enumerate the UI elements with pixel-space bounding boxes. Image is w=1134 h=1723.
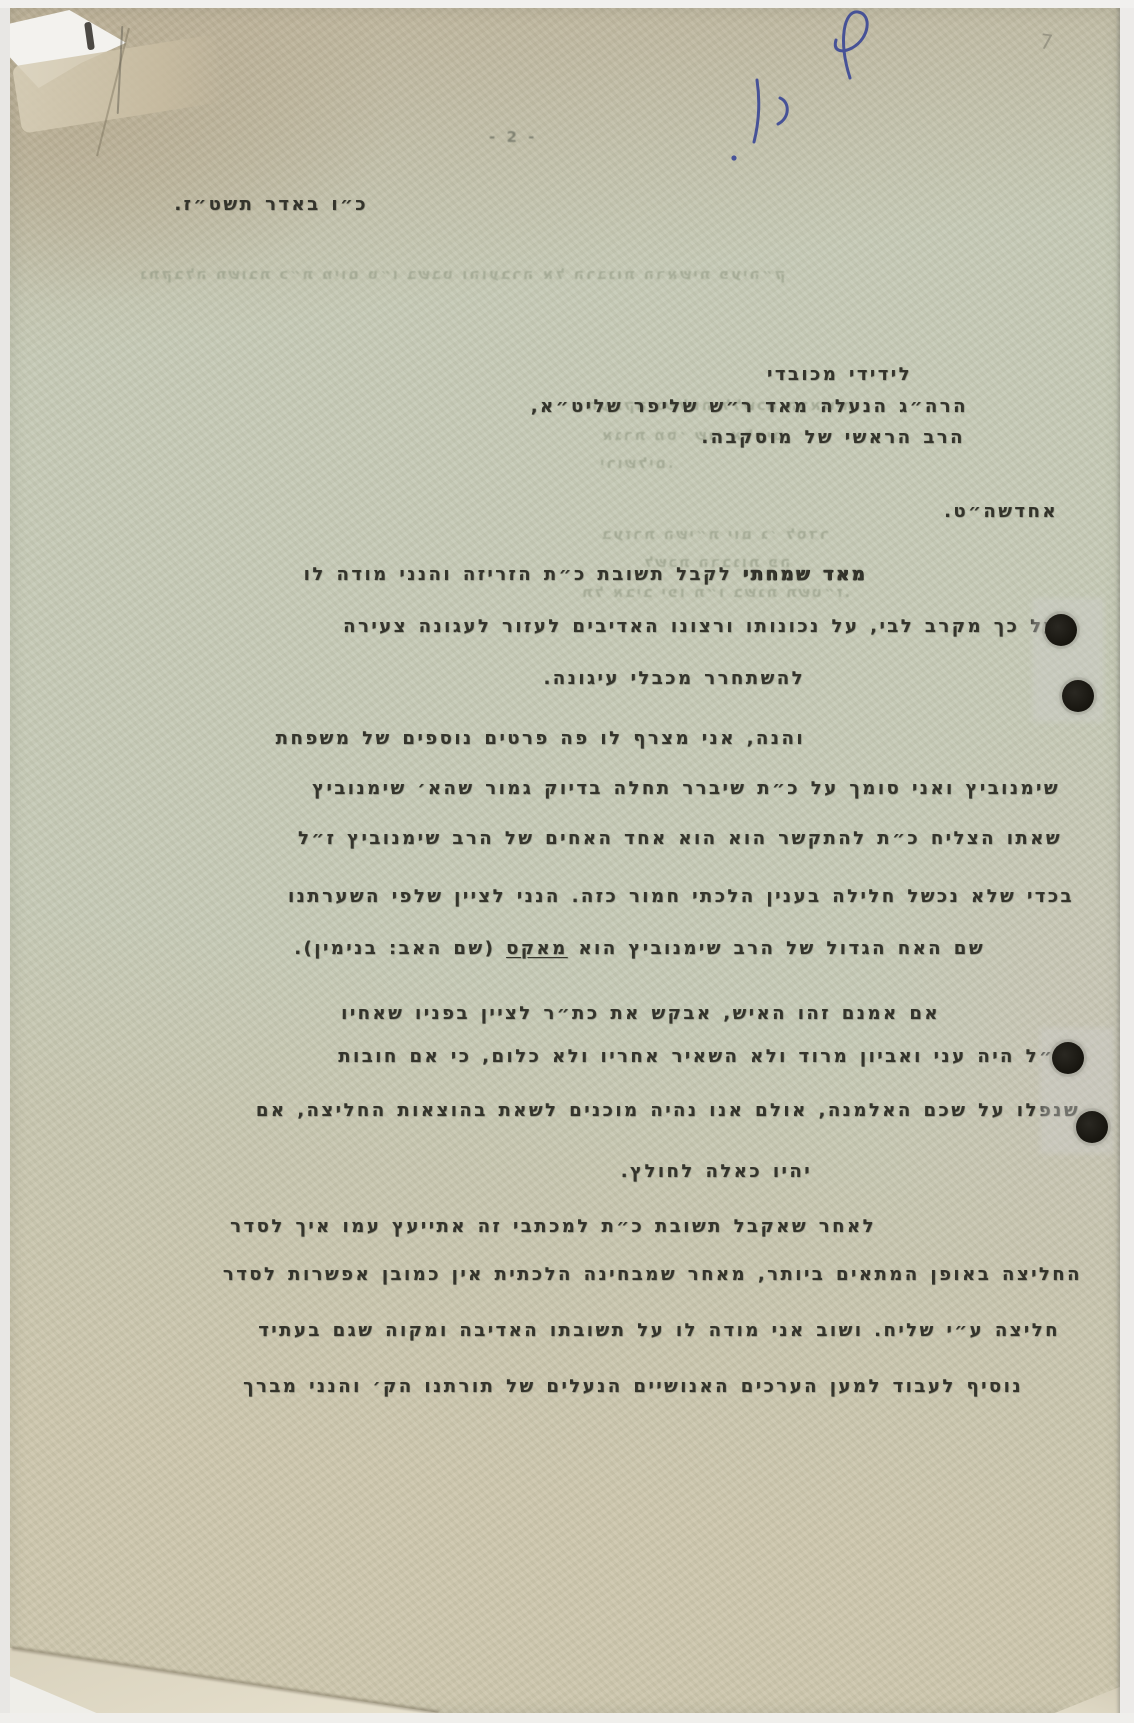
body-line: שימנוביץ ואני סומך על כ״ת שיברר תחלה בדי… [312, 780, 1060, 798]
bleedthrough-text: בעזרת השי״ת יום ג׳ לסדר [600, 527, 829, 542]
body-line: והנה, אני מצרף לו פה פרטים נוספים של משפ… [276, 730, 805, 748]
recipient-line-1: לידידי מכובדי [767, 366, 912, 384]
body-line: חליצה ע״י שליח. ושוב אני מודה לו על תשוב… [258, 1322, 1060, 1340]
scan-margin-right [1120, 0, 1134, 1723]
handwritten-ink-annotation [700, 0, 940, 180]
body-line: נוסיף לעבוד למען הערכים האנושיים הנעלים … [243, 1378, 1023, 1396]
greeting-line: אחדשה״ט. [944, 503, 1058, 521]
scan-margin-top [0, 0, 1134, 8]
scanned-letter-page: נתקבלה תשובת כ״ת מיום ט״ו בשבט והועברה א… [0, 0, 1134, 1723]
body-line: אם אמנם זהו האיש, אבקש את כת״ר לציין בפנ… [341, 1005, 940, 1023]
body-line: שם האח הגדול של הרב שימנוביץ הוא מאקס (ש… [294, 940, 985, 958]
paper-sheet [10, 8, 1120, 1713]
underlined-name: מאקס [506, 938, 568, 959]
body-line: החליצה באופן המתאים ביותר, מאחר שמבחינה … [223, 1266, 1082, 1284]
body-line: יהיו כאלה לחולץ. [621, 1163, 812, 1181]
body-line: על כך מקרב לבי, על נכונותו ורצונו האדיבי… [343, 618, 1058, 636]
bleedthrough-text: נתקבלה תשובת כ״ת מיום ט״ו בשבט והועברה א… [138, 267, 785, 282]
body-line: שאתו הצליח כ״ת להתקשר הוא הוא אחד האחים … [298, 830, 1062, 848]
punch-hole [1076, 1111, 1108, 1143]
body-text: שם האח הגדול של הרב שימנוביץ הוא [568, 938, 985, 959]
body-line: ז״ל היה עני ואביון מרוד ולא השאיר אחריו … [338, 1048, 1064, 1066]
body-line: בכדי שלא נכשל חלילה בענין הלכתי חמור כזה… [288, 888, 1074, 906]
body-text: (שם האב: בנימין). [294, 938, 506, 959]
body-line: לאחר שאקבל תשובת כ״ת למכתבי זה אתייעץ עמ… [230, 1218, 876, 1236]
date-line: כ״ו באדר תשט״ז. [174, 196, 368, 214]
body-line: שנפלו על שכם האלמנה, אולם אנו נהיה מוכני… [256, 1102, 1080, 1120]
page-number: - 2 - [489, 128, 537, 146]
bold-opening-words: מאד שמחתי [743, 564, 867, 585]
punch-hole [1052, 1042, 1084, 1074]
punch-hole [1062, 680, 1094, 712]
body-text: לקבל תשובת כ״ת הזריזה והנני מודה לו [304, 564, 743, 585]
bleedthrough-text: תל אביב יפו ת״ו בשנת תשט״ז. [580, 585, 850, 600]
body-line: מאד שמחתי לקבל תשובת כ״ת הזריזה והנני מו… [304, 566, 867, 584]
body-line: להשתחרר מכבלי עיגונה. [543, 670, 805, 688]
bleedthrough-text: ירושלים. [598, 456, 674, 471]
scan-margin-left [0, 0, 10, 1723]
recipient-line-3: הרב הראשי של מוסקבה. [701, 429, 965, 447]
scan-margin-bottom [0, 1713, 1134, 1723]
punch-hole [1045, 614, 1077, 646]
recipient-line-2: הרה״ג הנעלה מאד ר״ש שליפר שליט״א, [531, 398, 968, 416]
